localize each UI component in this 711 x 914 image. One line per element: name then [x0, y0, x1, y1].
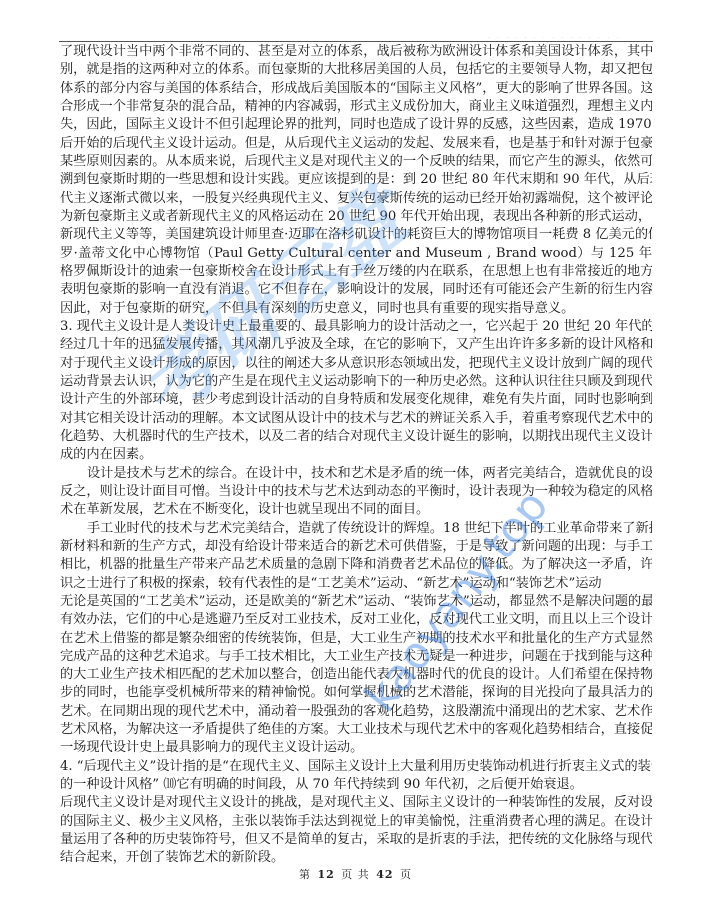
document-body: 了现代设计当中两个非常不同的、甚至是对立的体系，战后被称为欧洲设计体系和美国设计… [60, 43, 652, 868]
footer-middle: 页 共 [341, 868, 370, 881]
total-pages-number: 42 [376, 868, 393, 881]
text-line: 4. “后现代主义”设计指的是“在现代主义、国际主义设计上大量利用历史装饰动机进… [60, 758, 652, 776]
header-rule [59, 41, 653, 42]
text-line: 无论是英国的“工艺美术”运动，还是欧美的“新艺术”运动、“装饰艺术”运动，都显然… [60, 593, 652, 611]
text-line: 一场现代设计史上最具影响力的现代主义设计运动。 [60, 739, 652, 757]
page-footer: 第 12 页 共 42 页 [0, 866, 711, 882]
text-line: 设计是技术与艺术的综合。在设计中，技术和艺术是矛盾的统一体，两者完美结合，造就优… [60, 465, 652, 483]
text-line: 代主义逐渐式微以来，一股复兴经典现代主义、复兴包豪斯传统的运动已经开始初露端倪，… [60, 190, 652, 208]
text-line: 在艺术上借鉴的都是繁杂细密的传统装饰，但是，大工业生产初期的技术水平和批量化的生… [60, 630, 652, 648]
text-line: 合形成一个非常复杂的混合品，精神的内容减弱，形式主义成份加大，商业主义味道强烈，… [60, 98, 652, 116]
text-line: 相比，机器的批量生产带来产品艺术质量的急剧下降和消费者艺术品位的降低。为了解决这… [60, 556, 652, 574]
text-line: 某些原则因素的。从本质来说，后现代主义是对现代主义的一个反映的结果，而它产生的源… [60, 153, 652, 171]
text-line: 有效办法，它们的中心是逃避乃至反对工业技术，反对工业化，反对现代工业文明，而且以… [60, 611, 652, 629]
text-line: 的国际主义、极少主义风格，主张以装饰手法达到视觉上的审美愉悦，注重消费者心理的满… [60, 813, 652, 831]
text-line: 3. 现代主义设计是人类设计史上最重要的、最具影响力的设计活动之一，它兴起于 2… [60, 318, 652, 336]
footer-suffix: 页 [400, 868, 412, 881]
text-line: 反之，则让设计面目可憎。当设计中的技术与艺术达到动态的平衡时，设计表现为一种较为… [60, 483, 652, 501]
text-line: 术在革新发展，艺术在不断变化，设计也就呈现出不同的面目。 [60, 501, 652, 519]
text-line: 新材料和新的生产方式，却没有给设计带来适合的新艺术可供借鉴，于是导致了新问题的出… [60, 538, 652, 556]
text-line: 格罗佩斯设计的迪索一包豪斯校舍在设计形式上有千丝万缕的内在联系，在思想上也有非常… [60, 263, 652, 281]
text-line: 溯到包豪斯时期的一些思想和设计实践。更应该提到的是：到 20 世纪 80 年代末… [60, 171, 652, 189]
text-line: 识之士进行了积极的探索，较有代表性的是“工艺美术”运动、“新艺术”运动和“装饰艺… [60, 575, 652, 593]
text-line: 新现代主义等等，美国建筑设计师里查·迈耶在洛杉矶设计的耗资巨大的博物馆项目一耗费… [60, 226, 652, 244]
text-line: 表明包豪斯的影响一直没有消退。它不但存在，影响设计的发展，同时还有可能还会产生新… [60, 281, 652, 299]
current-page-number: 12 [317, 868, 334, 881]
text-line: 对其它相关设计活动的理解。本文试图从设计中的技术与艺术的辨证关系入手，着重考察现… [60, 410, 652, 428]
text-line: 手工业时代的技术与艺术完美结合，造就了传统设计的辉煌。18 世纪下半叶的工业革命… [60, 520, 652, 538]
text-line: 为新包豪斯主义或者新现代主义的风格运动在 20 世纪 90 年代开始出现，表现出… [60, 208, 652, 226]
text-line: 化趋势、大机器时代的生产技术，以及二者的结合对现代主义设计诞生的影响，以期找出现… [60, 428, 652, 446]
text-line: 体系的部分内容与美国的体系结合，形成战后美国版本的“国际主义风格”，更大的影响了… [60, 80, 652, 98]
text-line: 运动背景去认识，认为它的产生是在现代主义运动影响下的一种历史必然。这种认识往往只… [60, 373, 652, 391]
header-marks: . . . . . . . . . . . . . . . [488, 34, 648, 40]
text-line: 艺术风格，为解决这一矛盾提供了绝佳的方案。大工业技术与现代艺术中的客观化趋势相结… [60, 721, 652, 739]
text-line: 后开始的后现代主义设计运动。但是，从后现代主义运动的发起、发展来看，也是基于和针… [60, 135, 652, 153]
text-line: 艺术。在同期出现的现代艺术中，涌动着一股强劲的客观化趋势，这股潮流中涌现出的艺术… [60, 703, 652, 721]
text-line: 的一种设计风格” ⑽它有明确的时间段，从 70 年代持续到 90 年代初，之后便… [60, 776, 652, 794]
text-line: 的大工业生产技术相匹配的艺术加以整合，创造出能代表大机器时代的优良的设计。人们希… [60, 666, 652, 684]
text-line: 后现代主义设计是对现代主义设计的挑战，是对现代主义、国际主义设计的一种装饰性的发… [60, 794, 652, 812]
text-line: 量运用了各种的历史装饰符号，但又不是简单的复古，采取的是折衷的手法，把传统的文化… [60, 831, 652, 849]
text-line: 因此，对于包豪斯的研究，不但具有深刻的历史意义，同时也具有重要的现实指导意义。 [60, 300, 652, 318]
text-line: 经过几十年的迅猛发展传播，其风潮几乎波及全球，在它的影响下，又产生出许许多多新的… [60, 336, 652, 354]
text-line: 设计产生的外部环境，甚少考虑到设计活动的自身特质和发展变化规律，难免有失片面，同… [60, 391, 652, 409]
text-line: 完成产品的这种艺术追求。与手工技术相比，大工业生产技术无疑是一种进步，问题在于找… [60, 648, 652, 666]
text-line: 罗·盖蒂文化中心博物馆（Paul Getty Cultural center a… [60, 245, 652, 263]
footer-prefix: 第 [299, 868, 311, 881]
text-line: 了现代设计当中两个非常不同的、甚至是对立的体系，战后被称为欧洲设计体系和美国设计… [60, 43, 652, 61]
text-line: 成的内在因素。 [60, 446, 652, 464]
text-line: 失，因此，国际主义设计不但引起理论界的批判，同时也造成了设计界的反感，这些因素，… [60, 116, 652, 134]
text-line: 别，就是指的这两种对立的体系。而包豪斯的大批移居美国的人员，包括它的主要领导人物… [60, 61, 652, 79]
text-line: 步的同时，也能享受机械所带来的精神愉悦。如何掌握机械的艺术潜能，探询的目光投向了… [60, 684, 652, 702]
text-line: 对于现代主义设计形成的原因，以往的阐述大多从意识形态领域出发，把现代主义设计放到… [60, 355, 652, 373]
